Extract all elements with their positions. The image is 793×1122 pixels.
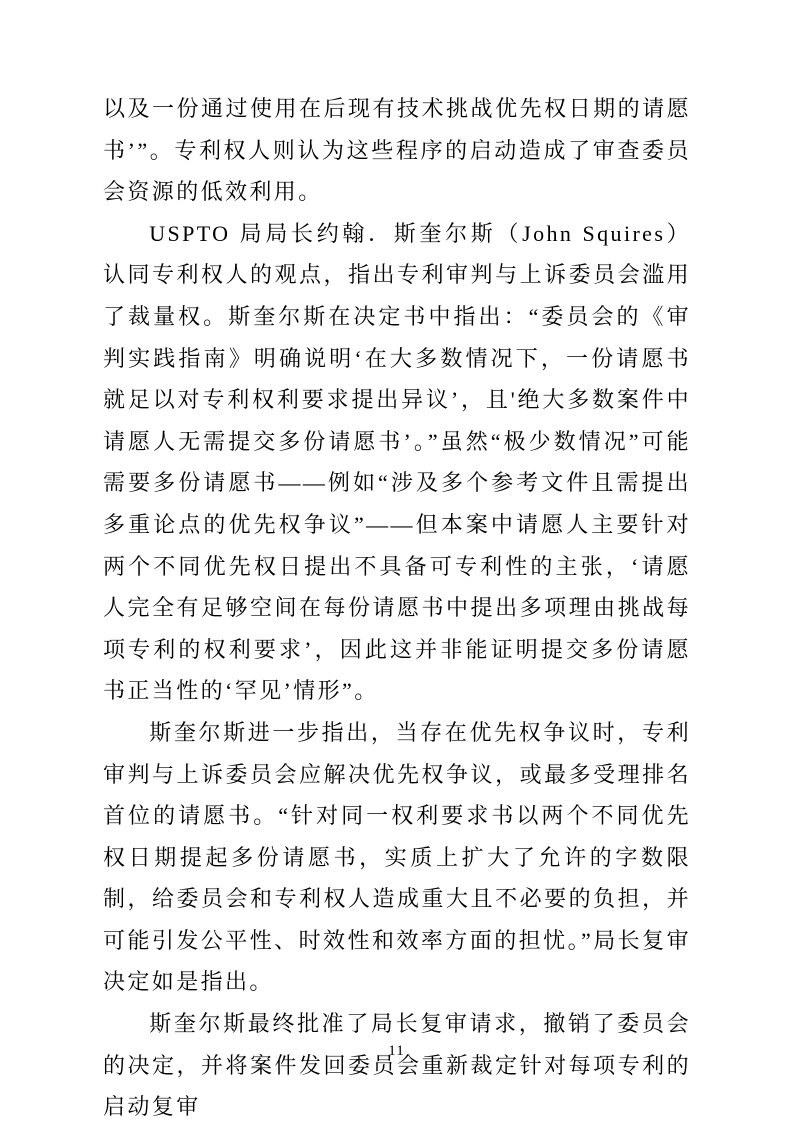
document-body: 以及一份通过使用在后现有技术挑战优先权日期的请愿书’”。专利权人则认为这些程序的… (103, 88, 691, 1122)
page-number: 11 (388, 1043, 404, 1059)
paragraph-squires-further: 斯奎尔斯进一步指出，当存在优先权争议时，专利审判与上诉委员会应解决优先权争议，或… (103, 712, 691, 1003)
document-page: 以及一份通过使用在后现有技术挑战优先权日期的请愿书’”。专利权人则认为这些程序的… (0, 0, 793, 1122)
paragraph-uspto-director: USPTO 局局长约翰．斯奎尔斯（John Squires）认同专利权人的观点，… (103, 213, 691, 712)
page-footer: 11 (0, 1042, 793, 1060)
paragraph-squires-decision: 斯奎尔斯最终批准了局长复审请求，撤销了委员会的决定，并将案件发回委员会重新裁定针… (103, 1003, 691, 1122)
paragraph-continuation: 以及一份通过使用在后现有技术挑战优先权日期的请愿书’”。专利权人则认为这些程序的… (103, 88, 691, 213)
